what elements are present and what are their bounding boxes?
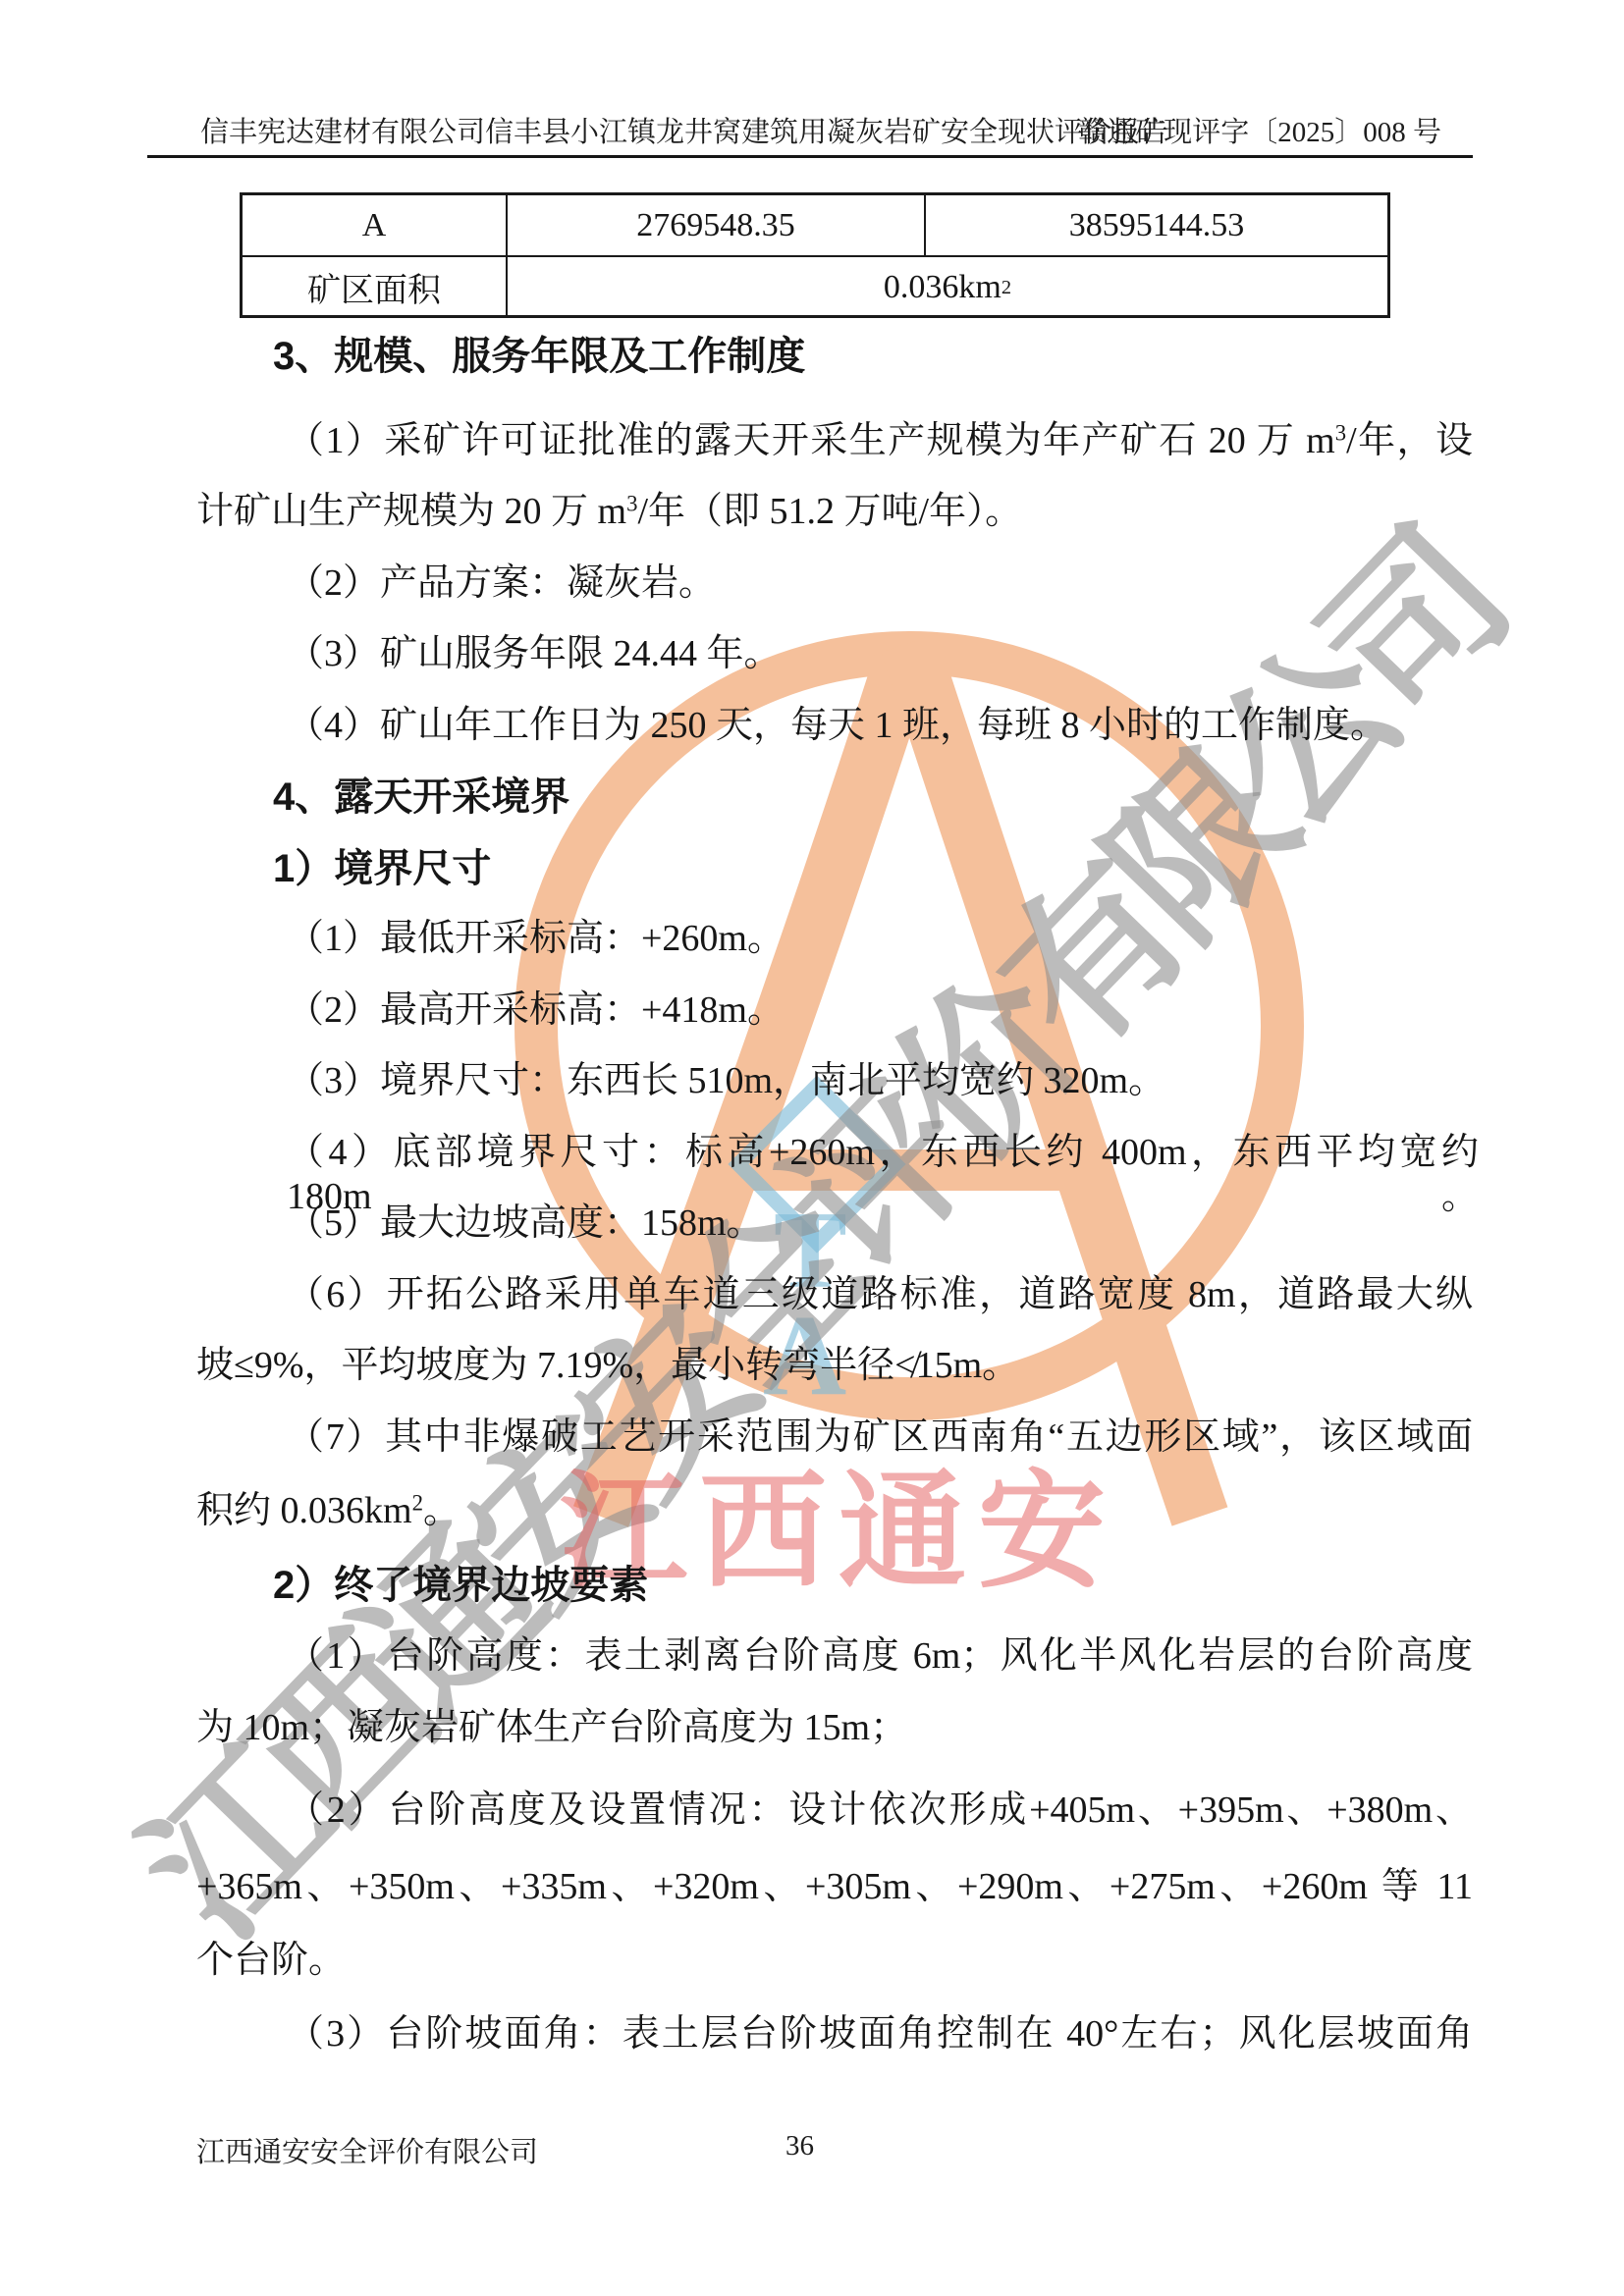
mine-area-table: A 2769548.35 38595144.53 矿区面积 0.036km2 [240, 192, 1390, 318]
table-cell-y-coordinate: 38595144.53 [926, 195, 1387, 255]
footer-page-number: 36 [785, 2130, 814, 2163]
para-4-1-7-line2: 积约 0.036km2。 [196, 1489, 460, 1533]
para-3-3: （3）矿山服务年限 24.44 年。 [287, 632, 782, 676]
para-4-1-1: （1）最低开采标高：+260m。 [287, 917, 785, 961]
document-page: T A 江西通安安全评价有限公司 江西通安 信丰宪达建材有限公司信丰县小江镇龙井… [0, 0, 1624, 2296]
table-cell-area-label: 矿区面积 [243, 257, 508, 317]
para-4-2-1-line1: （1）台阶高度：表土剥离台阶高度 6m；风化半风化岩层的台阶高度 [287, 1634, 1473, 1679]
header-doc-number: 赣通矿现评字〔2025〕008 号 [1078, 110, 1441, 150]
para-3-2: （2）产品方案：凝灰岩。 [287, 561, 716, 606]
footer-company-name: 江西通安安全评价有限公司 [196, 2130, 538, 2170]
para-3-1-line2: 计矿山生产规模为 20 万 m3/年（即 51.2 万吨/年）。 [196, 490, 1022, 534]
heading-4: 4、露天开采境界 [273, 774, 569, 821]
para-4-2-2-line1: （2）台阶高度及设置情况：设计依次形成+405m、+395m、+380m、 [287, 1789, 1473, 1833]
heading-3: 3、规模、服务年限及工作制度 [273, 334, 805, 380]
para-4-2-1-line2: 为 10m；凝灰岩矿体生产台阶高度为 15m； [196, 1706, 907, 1750]
heading-4-2: 2）终了境界边坡要素 [273, 1563, 648, 1609]
para-4-1-6-line1: （6）开拓公路采用单车道三级道路标准，道路宽度 8m，道路最大纵 [287, 1273, 1473, 1317]
para-4-2-2-line3: 个台阶。 [196, 1939, 346, 1983]
table-row: A 2769548.35 38595144.53 [243, 195, 1387, 257]
para-4-1-5: （5）最大边坡高度：158m。 [287, 1201, 764, 1246]
table-cell-area-value: 0.036km2 [508, 257, 1387, 317]
heading-4-1: 1）境界尺寸 [273, 846, 491, 892]
table-row: 矿区面积 0.036km2 [243, 257, 1387, 317]
table-cell-point: A [243, 195, 508, 255]
para-4-1-2: （2）最高开采标高：+418m。 [287, 988, 785, 1033]
header-rule [147, 155, 1473, 158]
para-4-2-3: （3）台阶坡面角：表土层台阶坡面角控制在 40°左右；风化层坡面角 [287, 2012, 1473, 2056]
para-3-4: （4）矿山年工作日为 250 天，每天 1 班，每班 8 小时的工作制度。 [287, 704, 1387, 748]
para-4-2-2-line2: +365m、+350m、+335m、+320m、+305m、+290m、+275… [196, 1865, 1473, 1909]
para-4-1-7-line1: （7）其中非爆破工艺开采范围为矿区西南角“五边形区域”，该区域面 [287, 1415, 1473, 1460]
header-report-title: 信丰宪达建材有限公司信丰县小江镇龙井窝建筑用凝灰岩矿安全现状评价报告 [200, 110, 1168, 150]
para-4-1-3: （3）境界尺寸：东西长 510m，南北平均宽约 320m。 [287, 1059, 1165, 1103]
para-3-1-line1: （1）采矿许可证批准的露天开采生产规模为年产矿石 20 万 m3/年，设 [287, 419, 1473, 463]
para-4-1-6-line2: 坡≤9%，平均坡度为 7.19%，最小转弯半径≮15m。 [196, 1344, 1019, 1388]
table-cell-x-coordinate: 2769548.35 [508, 195, 926, 255]
